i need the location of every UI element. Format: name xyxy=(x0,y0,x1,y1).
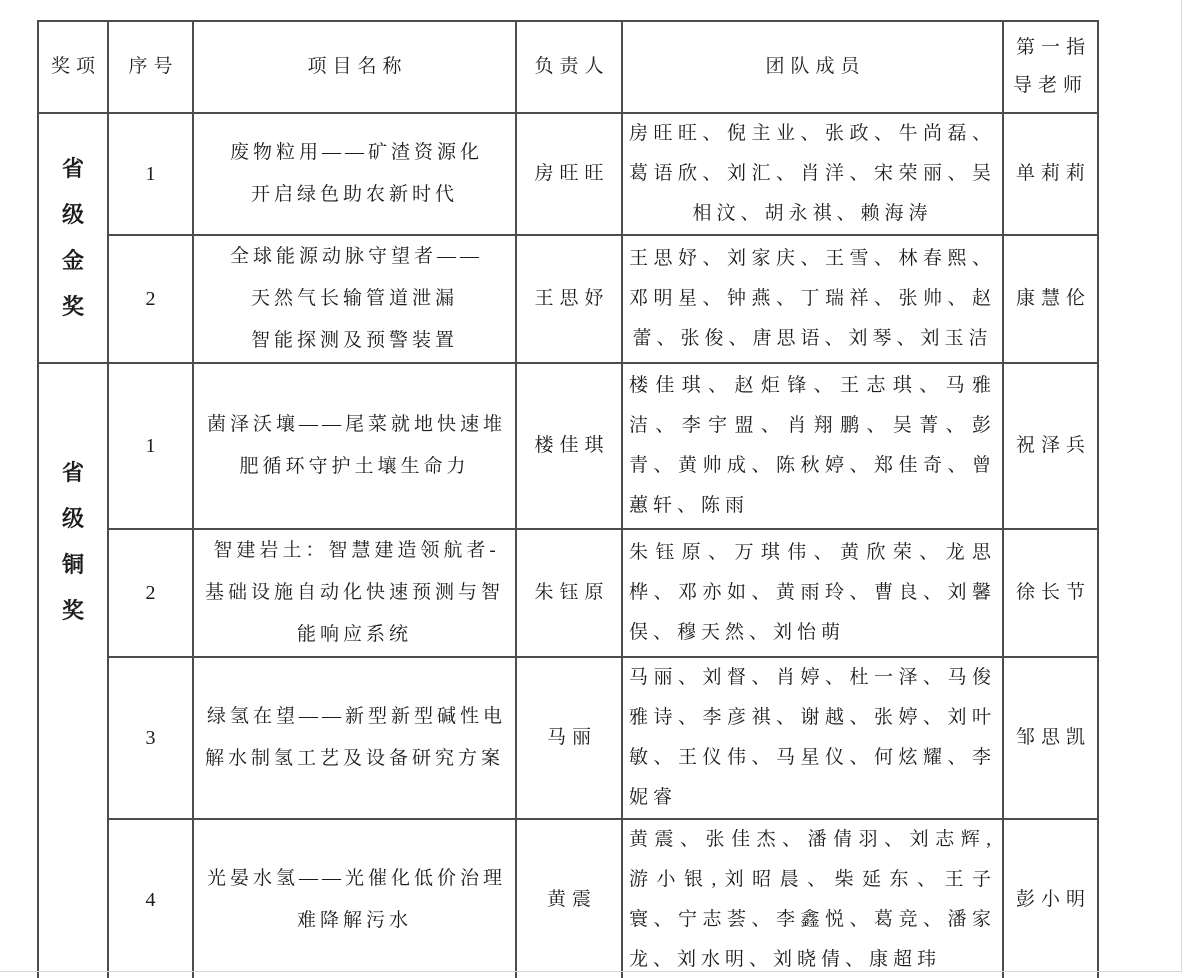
leader-cell: 马丽 xyxy=(516,657,622,819)
advisor-cell: 邹思凯 xyxy=(1003,657,1098,819)
leader-cell: 朱钰原 xyxy=(516,529,622,657)
team-cell: 朱钰原、万琪伟、黄欣荣、龙思桦、邓亦如、黄雨玲、曹良、刘馨俣、穆天然、刘怡萌 xyxy=(622,529,1003,657)
project-cell: 绿氢在望——新型新型碱性电 解水制氢工艺及设备研究方案 xyxy=(193,657,516,819)
award-label-gold-text: 省级金奖 xyxy=(60,146,85,330)
page-edge-right-line xyxy=(1181,0,1182,972)
document-page: 奖项 序号 项目名称 负责人 团队成员 第一指 导老师 省级金奖 1 废物粒用—… xyxy=(0,0,1198,978)
advisor-cell: 彭小明 xyxy=(1003,819,1098,978)
header-index: 序号 xyxy=(108,21,193,113)
header-award: 奖项 xyxy=(38,21,108,113)
index-cell: 1 xyxy=(108,363,193,529)
advisor-cell: 康慧伦 xyxy=(1003,235,1098,363)
table-row: 省级金奖 1 废物粒用——矿渣资源化 开启绿色助农新时代 房旺旺 房旺旺、倪主业… xyxy=(38,113,1098,235)
index-cell: 1 xyxy=(108,113,193,235)
header-team: 团队成员 xyxy=(622,21,1003,113)
header-project: 项目名称 xyxy=(193,21,516,113)
leader-cell: 房旺旺 xyxy=(516,113,622,235)
advisor-cell: 徐长节 xyxy=(1003,529,1098,657)
leader-cell: 王思妤 xyxy=(516,235,622,363)
project-cell: 菌泽沃壤——尾菜就地快速堆 肥循环守护土壤生命力 xyxy=(193,363,516,529)
awards-table: 奖项 序号 项目名称 负责人 团队成员 第一指 导老师 省级金奖 1 废物粒用—… xyxy=(37,20,1099,978)
header-leader: 负责人 xyxy=(516,21,622,113)
team-cell: 黄震、张佳杰、潘倩羽、刘志辉,游小银,刘昭晨、柴延东、王子寰、宁志荟、李鑫悦、葛… xyxy=(622,819,1003,978)
advisor-cell: 祝泽兵 xyxy=(1003,363,1098,529)
team-cell: 马丽、刘督、肖婷、杜一泽、马俊雅诗、李彦祺、谢越、张婷、刘叶敏、王仪伟、马星仪、… xyxy=(622,657,1003,819)
table-row: 2 智建岩土：智慧建造领航者- 基础设施自动化快速预测与智 能响应系统 朱钰原 … xyxy=(38,529,1098,657)
index-cell: 4 xyxy=(108,819,193,978)
award-label-gold: 省级金奖 xyxy=(38,113,108,363)
page-edge-bottom-line xyxy=(0,971,1182,972)
project-cell: 智建岩土：智慧建造领航者- 基础设施自动化快速预测与智 能响应系统 xyxy=(193,529,516,657)
leader-cell: 黄震 xyxy=(516,819,622,978)
table-row: 4 光晏水氢——光催化低价治理 难降解污水 黄震 黄震、张佳杰、潘倩羽、刘志辉,… xyxy=(38,819,1098,978)
team-cell: 王思妤、刘家庆、王雪、林春熙、邓明星、钟燕、丁瑞祥、张帅、赵蕾、张俊、唐思语、刘… xyxy=(622,235,1003,363)
table-row: 省级铜奖 1 菌泽沃壤——尾菜就地快速堆 肥循环守护土壤生命力 楼佳琪 楼佳琪、… xyxy=(38,363,1098,529)
advisor-cell: 单莉莉 xyxy=(1003,113,1098,235)
index-cell: 2 xyxy=(108,235,193,363)
header-advisor: 第一指 导老师 xyxy=(1003,21,1098,113)
header-row: 奖项 序号 项目名称 负责人 团队成员 第一指 导老师 xyxy=(38,21,1098,113)
project-cell: 光晏水氢——光催化低价治理 难降解污水 xyxy=(193,819,516,978)
index-cell: 3 xyxy=(108,657,193,819)
leader-cell: 楼佳琪 xyxy=(516,363,622,529)
index-cell: 2 xyxy=(108,529,193,657)
team-cell: 楼佳琪、赵炬锋、王志琪、马雅洁、李宇盟、肖翔鹏、吴菁、彭青、黄帅成、陈秋婷、郑佳… xyxy=(622,363,1003,529)
table-row: 3 绿氢在望——新型新型碱性电 解水制氢工艺及设备研究方案 马丽 马丽、刘督、肖… xyxy=(38,657,1098,819)
award-label-bronze: 省级铜奖 xyxy=(38,363,108,978)
award-label-bronze-text: 省级铜奖 xyxy=(60,450,85,634)
team-cell: 房旺旺、倪主业、张政、牛尚磊、葛语欣、刘汇、肖洋、宋荣丽、吴相汶、胡永祺、赖海涛 xyxy=(622,113,1003,235)
project-cell: 全球能源动脉守望者—— 天然气长输管道泄漏 智能探测及预警装置 xyxy=(193,235,516,363)
table-row: 2 全球能源动脉守望者—— 天然气长输管道泄漏 智能探测及预警装置 王思妤 王思… xyxy=(38,235,1098,363)
project-cell: 废物粒用——矿渣资源化 开启绿色助农新时代 xyxy=(193,113,516,235)
